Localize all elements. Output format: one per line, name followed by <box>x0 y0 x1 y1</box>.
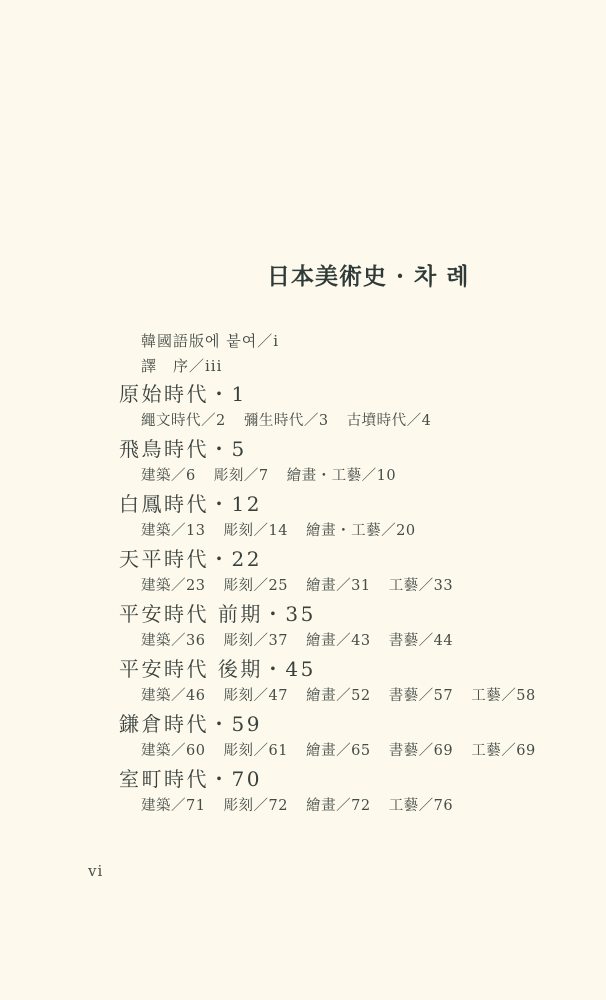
page-title: 日本美術史 · 차 례 <box>267 258 469 291</box>
toc-section-heading: 原始時代・1 <box>119 378 247 407</box>
toc-subitem: 建築／6 <box>141 468 196 484</box>
toc-subitem: 繪畫／65 <box>306 743 370 759</box>
toc-subitem: 建築／71 <box>141 798 205 814</box>
toc-front-matter-item: 譯 序／iii <box>141 355 222 376</box>
toc-subitem: 工藝／58 <box>471 688 535 704</box>
toc-subitem: 建築／13 <box>141 523 205 539</box>
toc-section-subitems: 建築／6 彫刻／7 繪畫・工藝／10 <box>141 464 396 485</box>
toc-subitem: 繪畫／52 <box>306 688 370 704</box>
toc-subitem: 彫刻／37 <box>224 633 288 649</box>
toc-section-subitems: 繩文時代／2 彌生時代／3 古墳時代／4 <box>141 409 431 430</box>
toc-subitem: 建築／46 <box>141 688 205 704</box>
toc-section-subitems: 建築／60 彫刻／61 繪畫／65 書藝／69 工藝／69 <box>141 739 536 760</box>
toc-section-subitems: 建築／13 彫刻／14 繪畫・工藝／20 <box>141 519 416 540</box>
toc-section-heading: 白鳳時代・12 <box>119 488 262 517</box>
toc-subitem: 彫刻／25 <box>224 578 288 594</box>
toc-subitem: 建築／36 <box>141 633 205 649</box>
toc-subitem: 繪畫・工藝／10 <box>287 468 396 484</box>
toc-subitem: 繪畫／31 <box>306 578 370 594</box>
toc-subitem: 彫刻／7 <box>214 468 269 484</box>
toc-subitem: 工藝／33 <box>389 578 453 594</box>
toc-section-heading: 平安時代 後期・45 <box>119 653 316 682</box>
toc-subitem: 彌生時代／3 <box>244 413 329 429</box>
book-page: 日本美術史 · 차 례 韓國語版에 붙여／i 譯 序／iii 原始時代・1 繩文… <box>0 0 606 1000</box>
toc-subitem: 繪畫／72 <box>306 798 370 814</box>
toc-subitem: 繩文時代／2 <box>141 413 226 429</box>
toc-subitem: 工藝／76 <box>389 798 453 814</box>
toc-subitem: 繪畫／43 <box>306 633 370 649</box>
page-number: vi <box>88 862 103 880</box>
toc-subitem: 彫刻／47 <box>224 688 288 704</box>
toc-subitem: 彫刻／14 <box>224 523 288 539</box>
toc-section-subitems: 建築／46 彫刻／47 繪畫／52 書藝／57 工藝／58 <box>141 684 536 705</box>
toc-subitem: 繪畫・工藝／20 <box>306 523 415 539</box>
toc-section-subitems: 建築／23 彫刻／25 繪畫／31 工藝／33 <box>141 574 453 595</box>
toc-section-subitems: 建築／36 彫刻／37 繪畫／43 書藝／44 <box>141 629 453 650</box>
toc-subitem: 書藝／44 <box>389 633 453 649</box>
toc-subitem: 彫刻／61 <box>224 743 288 759</box>
toc-section-heading: 平安時代 前期・35 <box>119 598 316 627</box>
toc-subitem: 工藝／69 <box>471 743 535 759</box>
toc-subitem: 書藝／69 <box>389 743 453 759</box>
toc-section-subitems: 建築／71 彫刻／72 繪畫／72 工藝／76 <box>141 794 453 815</box>
toc-subitem: 建築／60 <box>141 743 205 759</box>
toc-section-heading: 天平時代・22 <box>119 543 262 572</box>
toc-subitem: 彫刻／72 <box>224 798 288 814</box>
toc-section-heading: 室町時代・70 <box>119 763 262 792</box>
toc-subitem: 建築／23 <box>141 578 205 594</box>
toc-front-matter-item: 韓國語版에 붙여／i <box>141 330 279 351</box>
toc-section-heading: 鎌倉時代・59 <box>119 708 262 737</box>
toc-subitem: 古墳時代／4 <box>347 413 432 429</box>
toc-subitem: 書藝／57 <box>389 688 453 704</box>
toc-section-heading: 飛鳥時代・5 <box>119 433 247 462</box>
